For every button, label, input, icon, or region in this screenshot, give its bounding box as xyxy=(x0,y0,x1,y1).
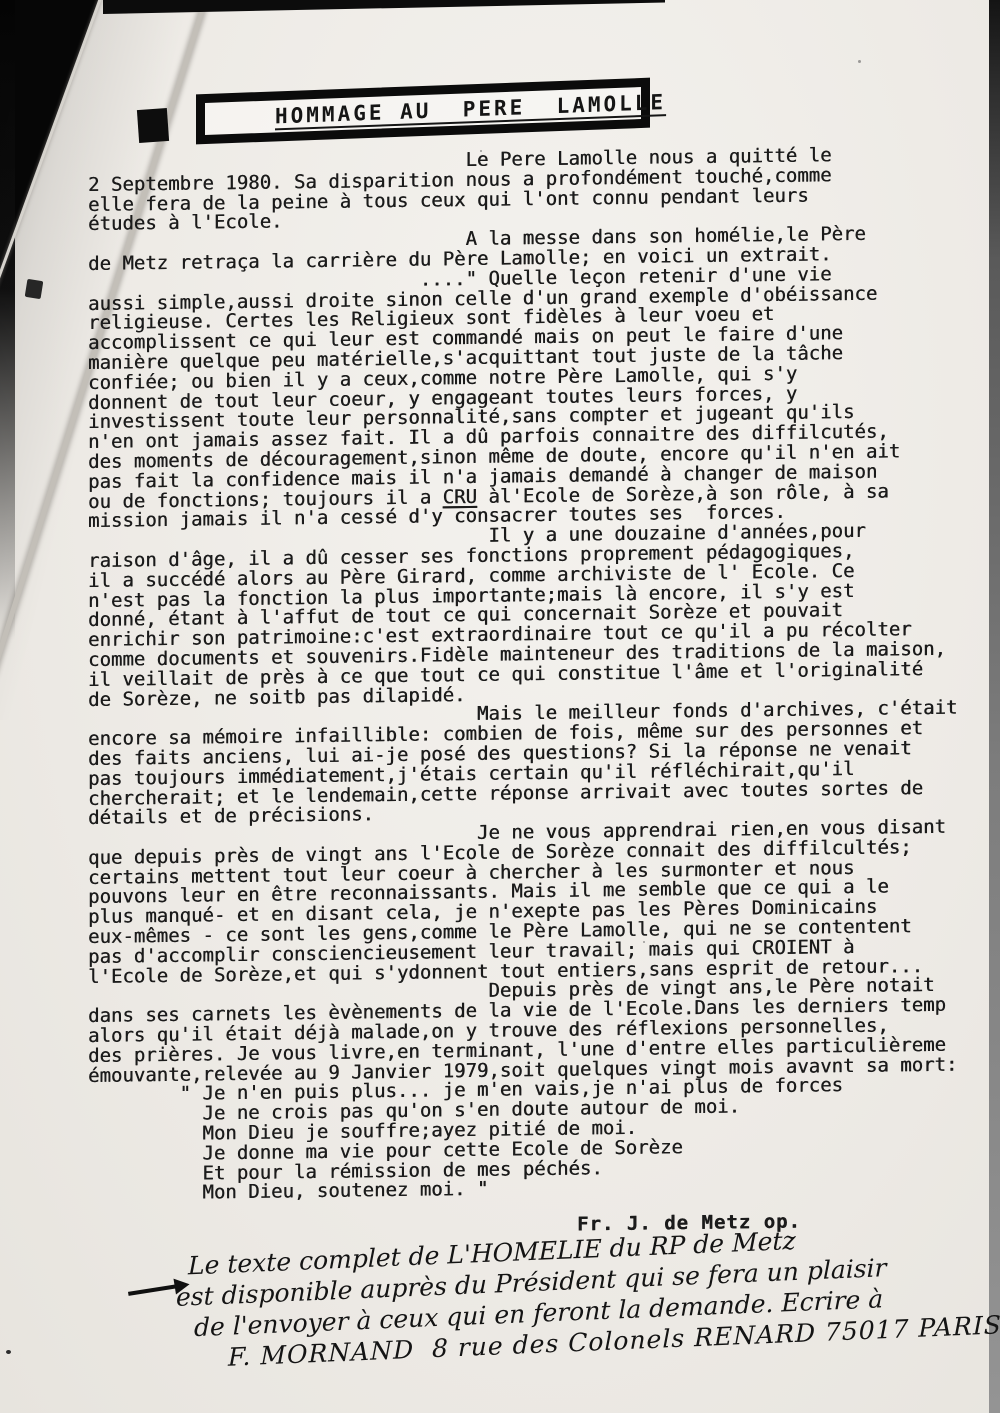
scan-artifact-left-edge xyxy=(0,0,15,640)
scan-artifact-dot xyxy=(6,1350,11,1354)
scan-speck xyxy=(858,60,861,63)
scan-artifact-ink-blob xyxy=(137,108,169,143)
scanned-page: HOMMAGE AU PERE LAMOLLE Le Pere Lamolle … xyxy=(0,0,1000,1413)
typewritten-body: Le Pere Lamolle nous a quitté le2 Septem… xyxy=(88,144,993,1205)
page-title: HOMMAGE AU PERE LAMOLLE xyxy=(205,90,666,131)
handwritten-note: Le texte complet de L'HOMELIE du RP de M… xyxy=(150,1217,990,1376)
scan-artifact-edge-mark xyxy=(25,279,44,299)
title-box: HOMMAGE AU PERE LAMOLLE xyxy=(196,78,650,145)
scan-artifact-top-bar xyxy=(103,0,665,14)
